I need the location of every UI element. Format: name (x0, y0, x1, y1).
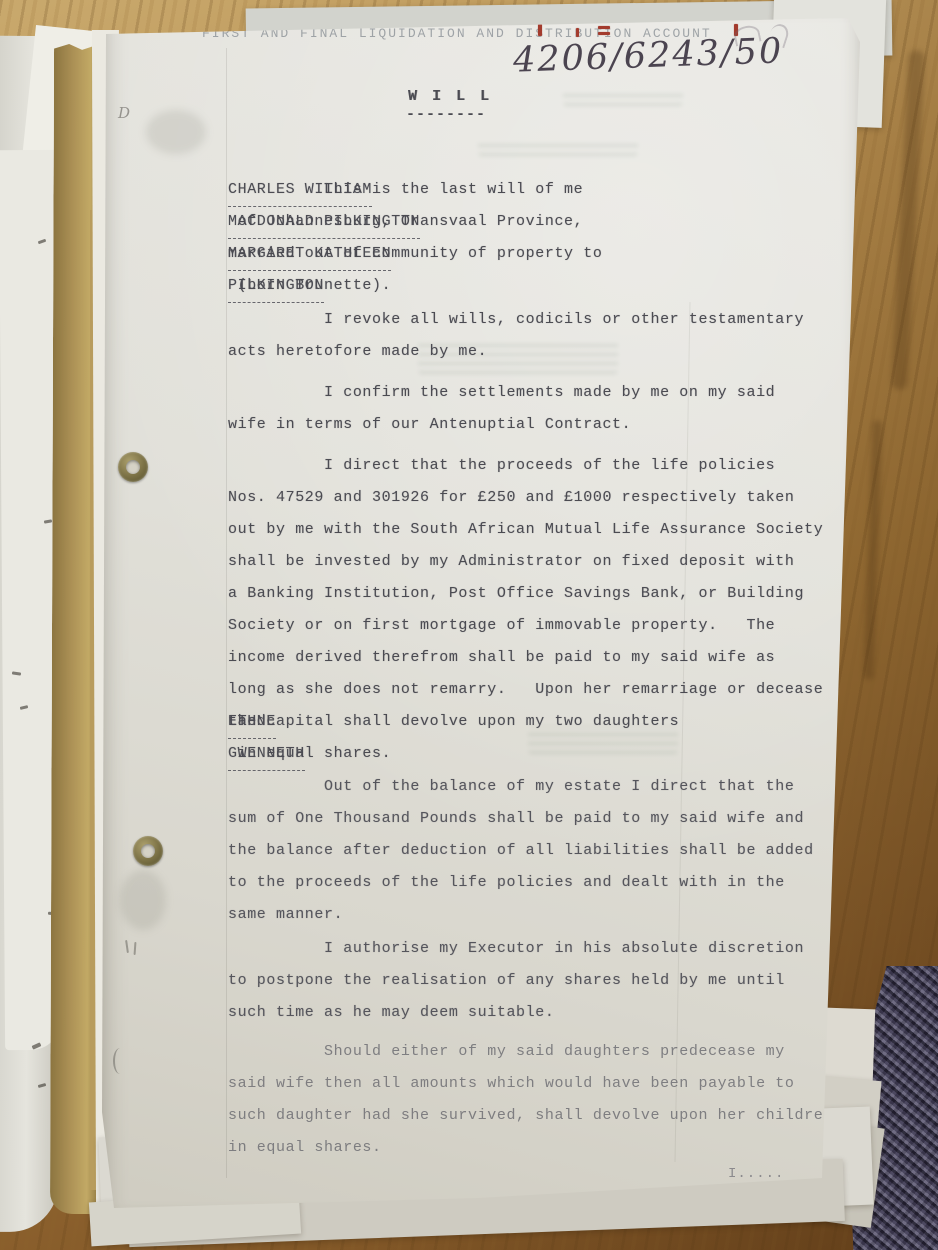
red-tick (598, 32, 610, 35)
will-paragraph: This is the last will of me CHARLES WILL… (228, 174, 873, 302)
will-paragraph: I direct that the proceeds of the life p… (228, 450, 873, 770)
paper-stain (146, 110, 206, 154)
wood-grain-streak (863, 420, 882, 680)
grommet-eyelet (133, 836, 163, 866)
will-paragraph: I authorise my Executor in his absolute … (228, 933, 873, 1029)
wood-grain-streak (891, 50, 925, 390)
red-tick (576, 28, 579, 37)
grommet-eyelet (118, 452, 148, 482)
will-paragraph: I revoke all wills, codicils or other te… (228, 304, 873, 368)
case-number-handwritten: 4206/6243/50 (512, 31, 783, 80)
will-page: FIRST AND FINAL LIQUIDATION AND DISTRIBU… (98, 12, 864, 1212)
pencil-marks (125, 940, 129, 953)
pencil-mark-d: D (118, 104, 130, 122)
red-tick (598, 26, 610, 29)
continuation-mark: I..... (728, 1166, 784, 1182)
will-paragraph: Should either of my said daughters prede… (228, 1036, 873, 1164)
paper-stain (120, 870, 166, 930)
title-underline: -------- (406, 106, 486, 123)
bleed-through (563, 90, 683, 106)
bleed-through (478, 138, 638, 156)
photo-scene: FIRST AND FINAL LIQUIDATION AND DISTRIBU… (0, 0, 938, 1250)
will-title: W I L L (408, 88, 492, 105)
will-paragraph: Out of the balance of my estate I direct… (228, 771, 873, 931)
pencil-marks (134, 942, 137, 955)
red-tick (538, 24, 542, 36)
page-crease (226, 48, 227, 1178)
pencil-curve-mark (113, 1048, 127, 1074)
will-paragraph: I confirm the settlements made by me on … (228, 377, 873, 441)
